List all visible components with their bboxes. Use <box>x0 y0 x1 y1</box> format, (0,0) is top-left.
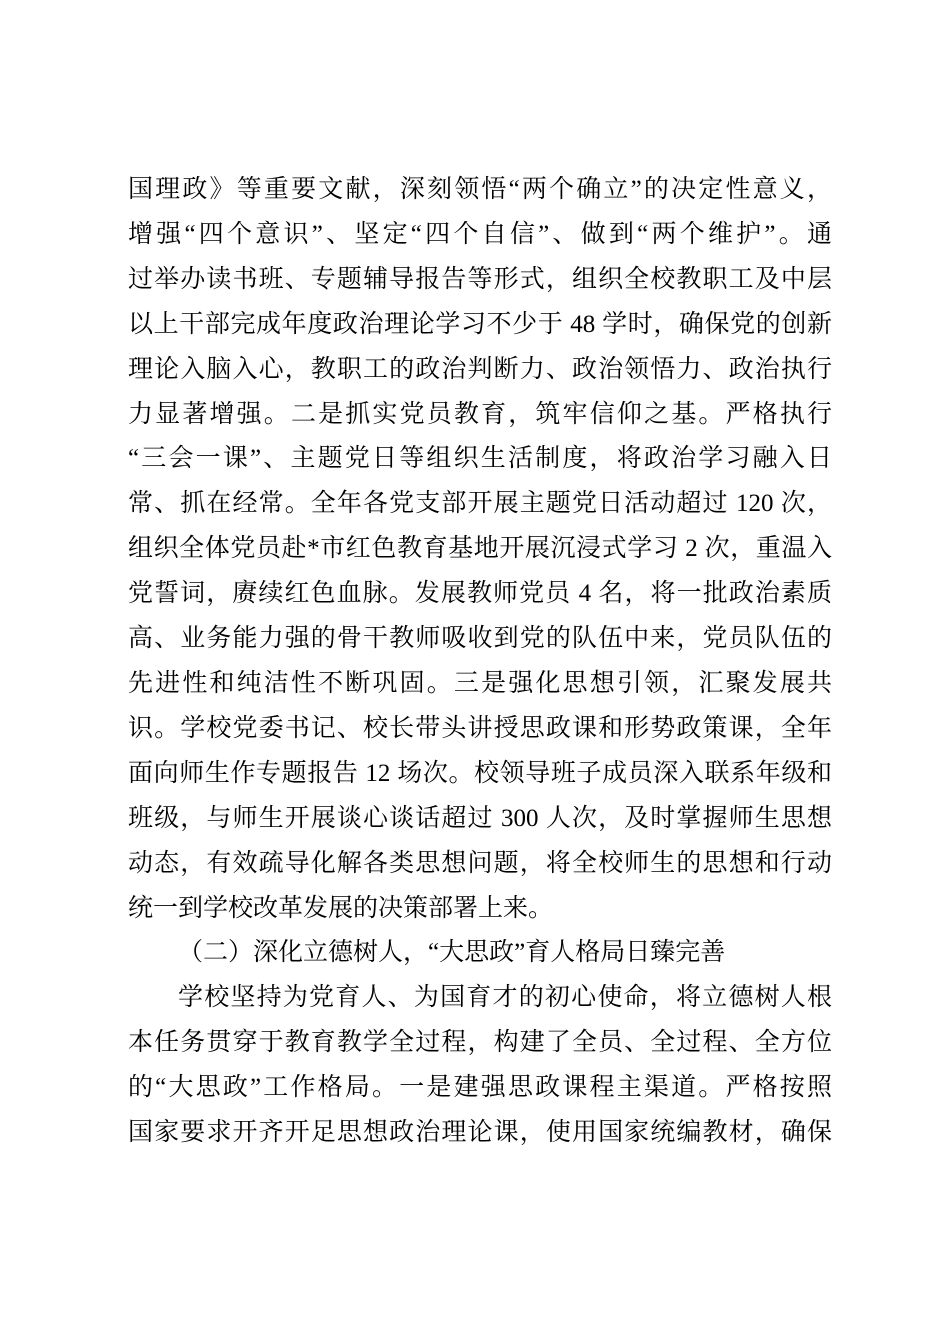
text-line: 先进性和纯洁性不断巩固。三是强化思想引领，汇聚发展共 <box>128 662 832 707</box>
text-line: 统一到学校改革发展的决策部署上来。 <box>128 887 832 932</box>
text-line: “三会一课”、主题党日等组织生活制度，将政治学习融入日 <box>128 437 832 482</box>
text-line: 识。学校党委书记、校长带头讲授思政课和形势政策课，全年 <box>128 707 832 752</box>
document-body: 国理政》等重要文献，深刻领悟“两个确立”的决定性意义，增强“四个意识”、坚定“四… <box>128 168 832 1156</box>
text-line: 常、抓在经常。全年各党支部开展主题党日活动超过 120 次， <box>128 482 832 527</box>
text-line: 增强“四个意识”、坚定“四个自信”、做到“两个维护”。通 <box>128 213 832 258</box>
text-line: 国理政》等重要文献，深刻领悟“两个确立”的决定性意义， <box>128 168 832 213</box>
document-viewport: { "page": { "background_color": "#ffffff… <box>0 0 950 1344</box>
text-line: 理论入脑入心，教职工的政治判断力、政治领悟力、政治执行 <box>128 348 832 393</box>
text-line: 班级，与师生开展谈心谈话超过 300 人次，及时掌握师生思想 <box>128 797 832 842</box>
text-line: 力显著增强。二是抓实党员教育，筑牢信仰之基。严格执行 <box>128 393 832 438</box>
text-line: 组织全体党员赴*市红色教育基地开展沉浸式学习 2 次，重温入 <box>128 527 832 572</box>
document-page: 国理政》等重要文献，深刻领悟“两个确立”的决定性意义，增强“四个意识”、坚定“四… <box>128 168 832 1156</box>
text-line: 学校坚持为党育人、为国育才的初心使命，将立德树人根 <box>128 976 832 1021</box>
text-line: 的“大思政”工作格局。一是建强思政课程主渠道。严格按照 <box>128 1066 832 1111</box>
text-line: 党誓词，赓续红色血脉。发展教师党员 4 名，将一批政治素质 <box>128 572 832 617</box>
text-line: 动态，有效疏导化解各类思想问题，将全校师生的思想和行动 <box>128 842 832 887</box>
text-line: 以上干部完成年度政治理论学习不少于 48 学时，确保党的创新 <box>128 303 832 348</box>
text-line: 国家要求开齐开足思想政治理论课，使用国家统编教材，确保 <box>128 1111 832 1156</box>
text-line: 过举办读书班、专题辅导报告等形式，组织全校教职工及中层 <box>128 258 832 303</box>
text-line: （二）深化立德树人，“大思政”育人格局日臻完善 <box>128 931 832 976</box>
text-line: 本任务贯穿于教育教学全过程，构建了全员、全过程、全方位 <box>128 1021 832 1066</box>
text-line: 高、业务能力强的骨干教师吸收到党的队伍中来，党员队伍的 <box>128 617 832 662</box>
text-line: 面向师生作专题报告 12 场次。校领导班子成员深入联系年级和 <box>128 752 832 797</box>
